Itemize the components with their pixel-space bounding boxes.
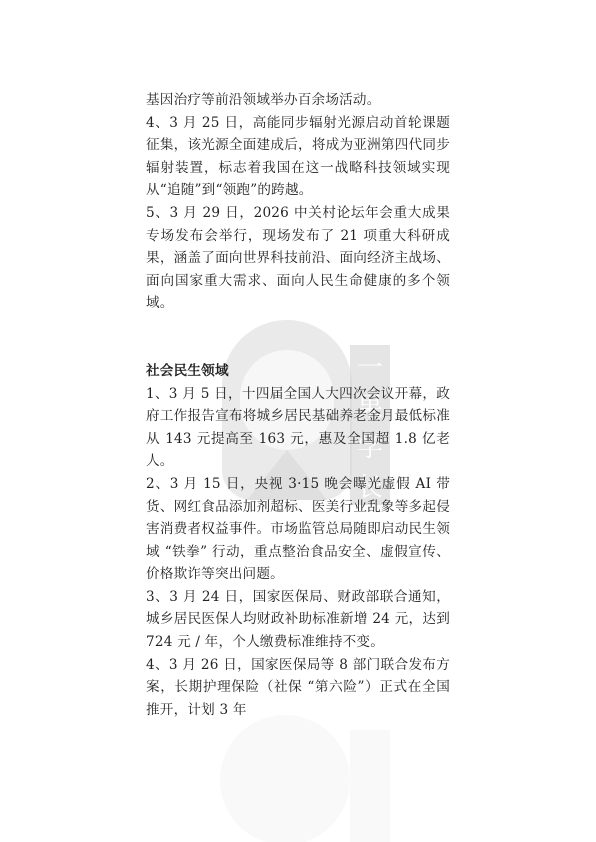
paragraph: 基因治疗等前沿领域举办百余场活动。 — [146, 89, 450, 112]
paragraph: 4、3 月 25 日，高能同步辐射光源启动首轮课题征集，该光源全面建成后，将成为… — [146, 112, 450, 202]
watermark-banner-faint — [350, 730, 390, 842]
document-body: 基因治疗等前沿领域举办百余场活动。 4、3 月 25 日，高能同步辐射光源启动首… — [146, 89, 450, 721]
paragraph: 4、3 月 26 日，国家医保局等 8 部门联合发布方案，长期护理保险（社保 “… — [146, 654, 450, 722]
paragraph: 5、3 月 29 日，2026 中关村论坛年会重大成果专场发布会举行，现场发布了… — [146, 202, 450, 315]
section-spacer — [146, 315, 450, 360]
watermark-cartoon-face-faint — [220, 715, 350, 842]
paragraph: 2、3 月 15 日，央视 3·15 晚会曝光虚假 AI 带货、网红食品添加剂超… — [146, 473, 450, 586]
paragraph: 3、3 月 24 日，国家医保局、财政部联合通知，城乡居民医保人均财政补助标准新… — [146, 586, 450, 654]
section-heading: 社会民生领域 — [146, 360, 450, 383]
paragraph: 1、3 月 5 日，十四届全国人大四次会议开幕，政府工作报告宣布将城乡居民基础养… — [146, 383, 450, 473]
